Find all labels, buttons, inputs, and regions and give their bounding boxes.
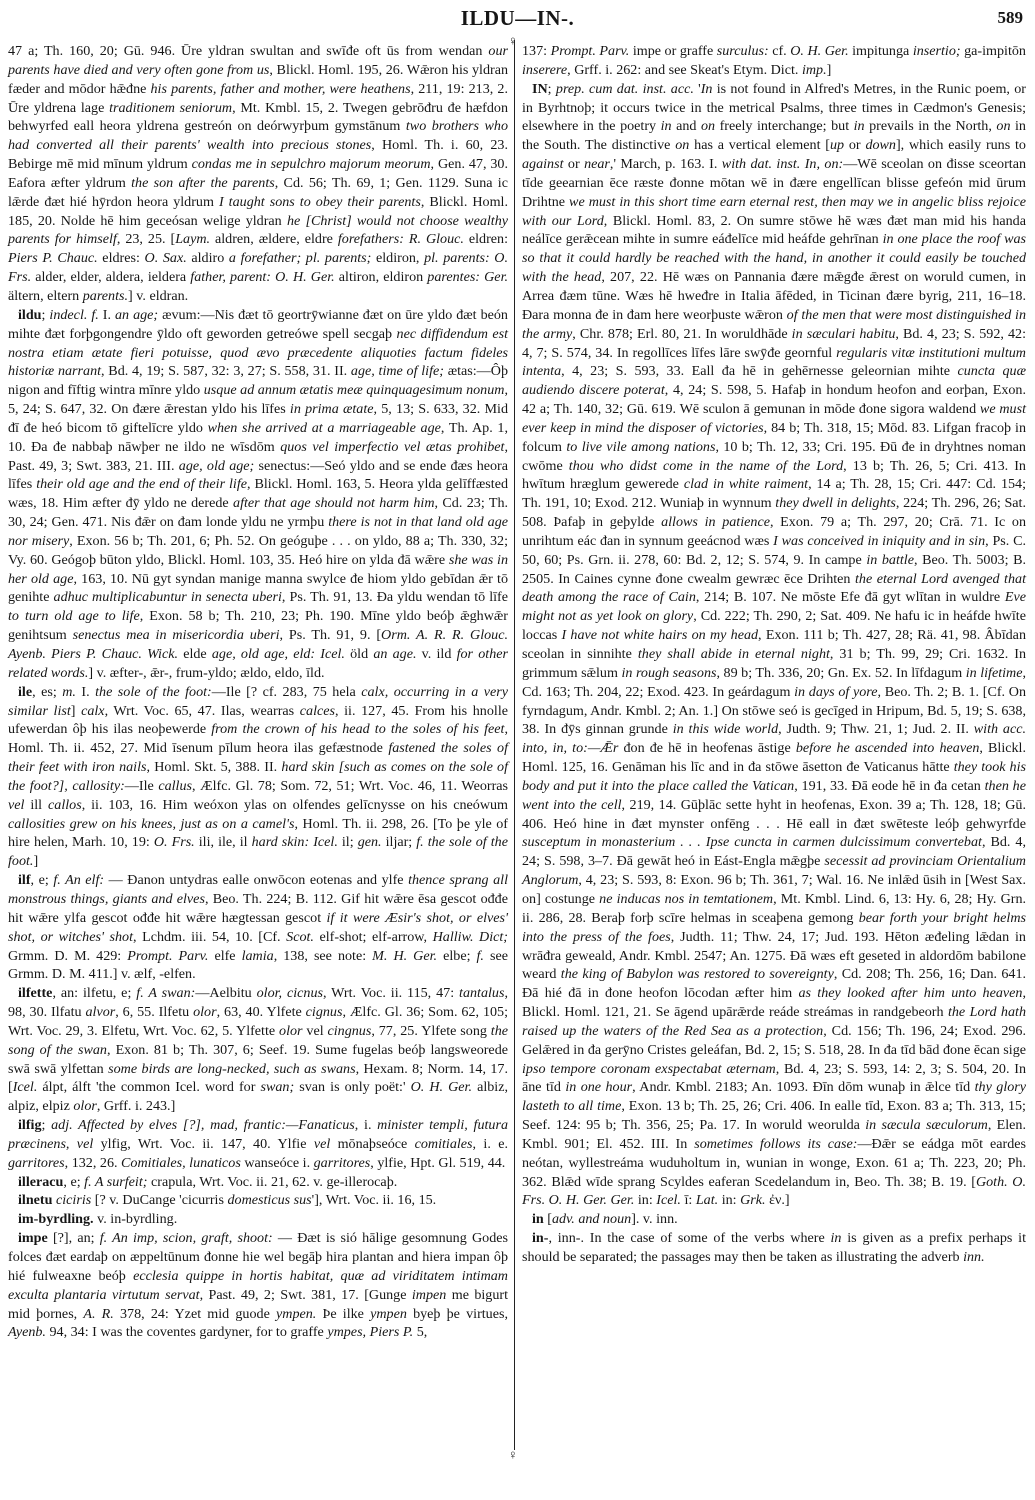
entry-text: altiron, eldiron bbox=[335, 269, 428, 285]
running-head: ILDU—IN-. bbox=[0, 6, 1035, 31]
dictionary-entry: ilf, e; f. An elf: — Đanon untydras eall… bbox=[8, 871, 508, 984]
italic-gloss: the son after the parents bbox=[131, 175, 275, 191]
entry-text: in: bbox=[718, 1192, 740, 1208]
headword: ilf bbox=[18, 872, 31, 888]
dictionary-entry: illeracu, e; f. A surfeit; crapula, Wrt.… bbox=[8, 1173, 508, 1192]
entry-text: , ylfie, Hpt. Gl. 519, 44. bbox=[370, 1155, 505, 1171]
italic-gloss: in bbox=[854, 118, 865, 134]
italic-gloss: gen. bbox=[358, 834, 382, 850]
entry-text: , Wrt. Voc. 65, 47. Ilas, wearras bbox=[105, 703, 300, 719]
italic-gloss: in this wide world bbox=[673, 721, 778, 737]
entry-text: — Đanon untydras ealle onwōcon eotenas a… bbox=[104, 872, 408, 888]
entry-text: ; bbox=[42, 1117, 52, 1133]
entry-text: , Grff. i. 262: and see Skeat's Etym. Di… bbox=[567, 62, 802, 78]
dictionary-entry: in [adv. and noun]. v. inn. bbox=[522, 1210, 1026, 1229]
italic-gloss: callus bbox=[158, 778, 192, 794]
entry-text: ill bbox=[24, 797, 48, 813]
entry-text: alder, elder, aldera, ieldera bbox=[31, 269, 190, 285]
italic-gloss: ciciris bbox=[56, 1192, 91, 1208]
entry-text: , 4, 23; S. 593, 33. Eall đa hē in gehēr… bbox=[561, 363, 957, 379]
italic-gloss: impen bbox=[412, 1287, 446, 1303]
entry-text: 47 a; Th. 160, 20; Gū. 946. Ūre yldran s… bbox=[8, 43, 488, 59]
entry-text: , Grff. i. 243.] bbox=[97, 1098, 175, 1114]
entry-text: , 132, 26. bbox=[65, 1155, 121, 1171]
dictionary-entry: impe [?], an; f. An imp, scion, graft, s… bbox=[8, 1229, 508, 1342]
italic-gloss: cingnus bbox=[328, 1023, 372, 1039]
italic-gloss: parents. bbox=[83, 288, 128, 304]
italic-gloss: on bbox=[675, 137, 689, 153]
italic-gloss: swan; bbox=[261, 1079, 295, 1095]
entry-text: impitunga bbox=[849, 43, 913, 59]
entry-text: , Bd. 4, 19; S. 587, 32: 3, 27; S. 558, … bbox=[101, 363, 351, 379]
entry-text: aldren, ældere, eldre bbox=[210, 231, 338, 247]
headword: im-byrdling. bbox=[18, 1211, 94, 1227]
italic-gloss: olor bbox=[279, 1023, 303, 1039]
entry-text: v. in-byrdling. bbox=[94, 1211, 178, 1227]
entry-text: , 6, 55. Ilfetu bbox=[115, 1004, 193, 1020]
italic-gloss: vel bbox=[314, 1136, 330, 1152]
entry-text: , inn-. In the case of some of the verbs… bbox=[548, 1230, 830, 1246]
dictionary-entry: IN; prep. cum dat. inst. acc. 'In is not… bbox=[522, 80, 1026, 1211]
entry-text: —Aelbitu bbox=[195, 985, 256, 1001]
dictionary-entry-continuation: 47 a; Th. 160, 20; Gū. 946. Ūre yldran s… bbox=[8, 42, 508, 306]
italic-gloss: clad in white raiment bbox=[684, 476, 808, 492]
entry-text: , Ælfc. Gl. 78; Som. 72, 51; Wrt. Voc. 4… bbox=[192, 778, 508, 794]
left-column: 47 a; Th. 160, 20; Gū. 946. Ūre yldran s… bbox=[8, 42, 508, 1342]
italic-gloss: calx bbox=[81, 703, 104, 719]
entry-text: , Homl. Skt. 5, 388. II. bbox=[147, 759, 282, 775]
headword: illeracu bbox=[18, 1174, 63, 1190]
entry-text: [ bbox=[544, 1211, 552, 1227]
italic-gloss: I taught sons to obey their parents bbox=[219, 194, 421, 210]
entry-text: eldres: bbox=[98, 250, 145, 266]
italic-gloss: f. A swan: bbox=[136, 985, 195, 1001]
italic-gloss: their old age and the end of their life bbox=[36, 476, 247, 492]
headword: ilnetu bbox=[18, 1192, 52, 1208]
italic-gloss: the sole of the foot: bbox=[95, 684, 212, 700]
italic-gloss: f. bbox=[477, 948, 484, 964]
entry-text: —Ile [? cf. 283, 75 hela bbox=[212, 684, 361, 700]
entry-text: ,' March, p. 163. I. bbox=[610, 156, 722, 172]
italic-gloss: callos bbox=[48, 797, 82, 813]
entry-text: eldren: bbox=[464, 231, 508, 247]
entry-text: impe or graffe bbox=[629, 43, 716, 59]
italic-gloss: O. Frs. bbox=[154, 834, 195, 850]
italic-gloss: cignus bbox=[306, 1004, 343, 1020]
entry-text: freely interchange; but bbox=[715, 118, 854, 134]
entry-text: ' bbox=[694, 81, 701, 97]
entry-text: , Lchdm. iii. 54, 10. [Cf. bbox=[133, 929, 286, 945]
italic-gloss: Prompt. Parv. bbox=[127, 948, 208, 964]
entry-text: elbe; bbox=[437, 948, 476, 964]
italic-gloss: from the crown of his head to the soles … bbox=[211, 721, 504, 737]
entry-text: , 23, 25. [ bbox=[117, 231, 175, 247]
page-number: 589 bbox=[998, 8, 1024, 28]
entry-text: and bbox=[672, 118, 701, 134]
entry-text: , 63, 40. Ylfete bbox=[217, 1004, 306, 1020]
italic-gloss: on bbox=[996, 118, 1010, 134]
entry-text: [?], an; bbox=[48, 1230, 100, 1246]
dictionary-entry: ilfig; adj. Affected by elves [?], mad, … bbox=[8, 1116, 508, 1173]
entry-text: wanseóce i. bbox=[241, 1155, 314, 1171]
italic-gloss: in rough seasons bbox=[621, 665, 716, 681]
italic-gloss: ympes, Piers P. bbox=[327, 1324, 413, 1340]
entry-text: 378, 24: Yzet mid guode bbox=[114, 1306, 276, 1322]
italic-gloss: in sæcula sæculorum bbox=[865, 1117, 988, 1133]
italic-gloss: inn. bbox=[963, 1249, 985, 1265]
italic-gloss: age, old age, eld: Icel. bbox=[212, 646, 345, 662]
entry-text: or bbox=[564, 156, 585, 172]
italic-gloss: olor, cicnus bbox=[257, 985, 323, 1001]
italic-gloss: Piers P. Chauc. bbox=[8, 250, 98, 266]
right-column: 137: Prompt. Parv. impe or graffe surcul… bbox=[522, 42, 1026, 1267]
entry-text: 137: bbox=[522, 43, 551, 59]
entry-text: cf. bbox=[769, 43, 791, 59]
entry-text: , 138, see note: bbox=[274, 948, 372, 964]
italic-gloss: callosities grew on his knees, just as o… bbox=[8, 816, 295, 832]
column-rule-bottom-ornament-icon: ♀ bbox=[508, 1448, 518, 1461]
entry-text: has a vertical element [ bbox=[689, 137, 830, 153]
italic-gloss: some birds are long-necked, such as swan… bbox=[108, 1061, 355, 1077]
entry-text: ]. v. inn. bbox=[631, 1211, 677, 1227]
entry-text: ; bbox=[548, 81, 556, 97]
italic-gloss: garritores bbox=[314, 1155, 371, 1171]
italic-gloss: indecl. f. bbox=[49, 307, 98, 323]
entry-text: vel bbox=[303, 1023, 328, 1039]
entry-text: v. ild bbox=[416, 646, 456, 662]
dictionary-entry: in-, inn-. In the case of some of the ve… bbox=[522, 1229, 1026, 1267]
italic-gloss: Icel. bbox=[13, 1079, 38, 1095]
entry-text: Þe ilke bbox=[316, 1306, 370, 1322]
italic-gloss: f. An imp, scion, graft, shoot: bbox=[100, 1230, 273, 1246]
italic-gloss: his parents, father and mother, were hea… bbox=[151, 81, 411, 97]
dictionary-entry: ile, es; m. I. the sole of the foot:—Ile… bbox=[8, 683, 508, 871]
headword: ilfig bbox=[18, 1117, 42, 1133]
entry-text: il; bbox=[338, 834, 358, 850]
entry-text: byeþ þe virtues, bbox=[407, 1306, 508, 1322]
entry-text: , Wrt. Voc. ii. 115, 47: bbox=[323, 985, 459, 1001]
italic-gloss: adhuc multiplicabuntur in senecta uberi bbox=[54, 589, 282, 605]
entry-text: , ii. 103, 16. Him weóxon ylas on olfend… bbox=[82, 797, 508, 813]
italic-gloss: down bbox=[865, 137, 896, 153]
italic-gloss: calces bbox=[300, 703, 335, 719]
headword: IN bbox=[532, 81, 548, 97]
italic-gloss: prep. cum dat. inst. acc. bbox=[556, 81, 694, 97]
entry-text: , e; bbox=[63, 1174, 84, 1190]
entry-text: svan is only poët:' bbox=[294, 1079, 410, 1095]
entry-text: , es; bbox=[32, 684, 62, 700]
italic-gloss: I was conceived in iniquity and in sin bbox=[773, 533, 985, 549]
entry-text: , Ps. Th. 91, 9. [ bbox=[280, 627, 382, 643]
entry-text: '], Wrt. Voc. ii. 16, 15. bbox=[312, 1192, 437, 1208]
italic-gloss: Lat. bbox=[696, 1192, 718, 1208]
entry-text: 94, 34: I was the coventes gardyner, for… bbox=[46, 1324, 327, 1340]
entry-text: elde bbox=[178, 646, 212, 662]
headword: in bbox=[532, 1211, 544, 1227]
entry-text: or bbox=[844, 137, 865, 153]
italic-gloss: Laym. bbox=[175, 231, 210, 247]
italic-gloss: O. H. Ger. bbox=[411, 1079, 472, 1095]
headword: ile bbox=[18, 684, 32, 700]
entry-text: , an: ilfetu, e; bbox=[52, 985, 136, 1001]
entry-text: , Past. 49, 2; Swt. 381, 17. [Gunge bbox=[200, 1287, 412, 1303]
italic-gloss: father, parent: O. H. Ger. bbox=[190, 269, 334, 285]
entry-text: crapula, Wrt. Voc. ii. 21, 62. v. ge-ill… bbox=[147, 1174, 397, 1190]
entry-text: öld bbox=[345, 646, 373, 662]
dictionary-entry: im-byrdling. v. in-byrdling. bbox=[8, 1210, 508, 1229]
italic-gloss: ympen bbox=[370, 1306, 407, 1322]
entry-text: , Ps. Th. 91, 13. Đa yldu wendan tō līfe bbox=[282, 589, 508, 605]
italic-gloss: susceptum in monasterium . . . Ipse cunc… bbox=[522, 834, 982, 850]
entry-text: elf-shot; elf-arrow, bbox=[314, 929, 433, 945]
italic-gloss: vel bbox=[8, 797, 24, 813]
italic-gloss: forefathers: R. Glouc. bbox=[338, 231, 464, 247]
entry-text: ] bbox=[33, 853, 38, 869]
entry-text: , 77, 25. Ylfete song bbox=[371, 1023, 490, 1039]
italic-gloss: imp. bbox=[802, 62, 827, 78]
italic-gloss: usque ad annum ætatis meæ quinquagesimum… bbox=[204, 382, 505, 398]
headword: ildu bbox=[18, 307, 42, 323]
italic-gloss: to live vile among nations bbox=[566, 439, 715, 455]
italic-gloss: lamia bbox=[242, 948, 274, 964]
italic-gloss: condas me in sepulchro majorum meorum bbox=[192, 156, 431, 172]
italic-gloss: Scot. bbox=[286, 929, 314, 945]
entry-text: , e; bbox=[31, 872, 54, 888]
italic-gloss: as they looked after him unto heaven bbox=[798, 985, 1022, 1001]
dictionary-entry: ilnetu ciciris [? v. DuCange 'cicurris d… bbox=[8, 1191, 508, 1210]
entry-text: [? v. DuCange 'cicurris bbox=[91, 1192, 227, 1208]
italic-gloss: O. Sax. bbox=[145, 250, 187, 266]
entry-text: , Exon. 56 b; Th. 201, 6; Ph. 52. On geó… bbox=[8, 533, 508, 568]
entry-text: I. bbox=[76, 684, 95, 700]
italic-gloss: A. R. bbox=[83, 1306, 113, 1322]
entry-text: , Judth. 9; Thw. 21, 1; Jud. 2. II. bbox=[778, 721, 974, 737]
italic-gloss: Prompt. Parv. bbox=[551, 43, 630, 59]
italic-gloss: f. An elf: bbox=[53, 872, 104, 888]
entry-text: ], which easily runs to bbox=[896, 137, 1026, 153]
italic-gloss: in bbox=[831, 1230, 842, 1246]
entry-text: ga-impitōn bbox=[961, 43, 1026, 59]
italic-gloss: in bbox=[661, 118, 672, 134]
italic-gloss: olor bbox=[193, 1004, 217, 1020]
italic-gloss: parentes: Ger. bbox=[427, 269, 508, 285]
entry-text: , i. e. bbox=[473, 1136, 508, 1152]
italic-gloss: insertio; bbox=[913, 43, 961, 59]
entry-text: aldiro bbox=[187, 250, 229, 266]
entry-text: ] bbox=[71, 703, 81, 719]
italic-gloss: In bbox=[701, 81, 713, 97]
entry-text: ili, ile, il bbox=[195, 834, 252, 850]
italic-gloss: an age; bbox=[115, 307, 158, 323]
entry-text: ] bbox=[827, 62, 832, 78]
italic-gloss: in one hour bbox=[565, 1079, 632, 1095]
italic-gloss: in prima ætate bbox=[290, 401, 374, 417]
entry-text: I. bbox=[99, 307, 115, 323]
entry-text: , Chr. 878; Erl. 80, 21. In woruldhāde bbox=[572, 326, 791, 342]
italic-gloss: f. A surfeit; bbox=[84, 1174, 147, 1190]
italic-gloss: Halliw. Dict; bbox=[433, 929, 508, 945]
italic-gloss: tantalus bbox=[459, 985, 504, 1001]
italic-gloss: Icel. bbox=[656, 1192, 681, 1208]
headword: impe bbox=[18, 1230, 48, 1246]
italic-gloss: senectus mea in misericordia uberi bbox=[73, 627, 280, 643]
dictionary-entry-continuation: 137: Prompt. Parv. impe or graffe surcul… bbox=[522, 42, 1026, 80]
entry-text: in: bbox=[634, 1192, 656, 1208]
headword: in- bbox=[532, 1230, 548, 1246]
entry-text: , 89 b; Th. 336, 20; Gn. Ex. 52. In līfd… bbox=[717, 665, 966, 681]
entry-text: ältern, eltern bbox=[8, 288, 83, 304]
entry-text: Grmm. D. M. 429: bbox=[8, 948, 127, 964]
italic-gloss: in lifetime bbox=[966, 665, 1023, 681]
entry-text: mōnaþseóce bbox=[330, 1136, 414, 1152]
italic-gloss: O. H. Ger. bbox=[790, 43, 848, 59]
italic-gloss: they dwell in delights bbox=[775, 495, 896, 511]
entry-text: ] v. eldran. bbox=[128, 288, 188, 304]
entry-text: ] v. æfter-, ǣr-, frum-yldo; ældo, eldo,… bbox=[88, 665, 324, 681]
italic-gloss: a forefather; pl. parents; bbox=[229, 250, 371, 266]
italic-gloss: olor bbox=[73, 1098, 97, 1114]
italic-gloss: Comitiales, lunaticos bbox=[121, 1155, 241, 1171]
entry-text: , i. bbox=[355, 1117, 377, 1133]
entry-text: —Ile bbox=[125, 778, 159, 794]
italic-gloss: traditionem seniorum bbox=[109, 100, 232, 116]
italic-gloss: near bbox=[584, 156, 610, 172]
entry-text: álpt, álft 'the common Icel. word for bbox=[37, 1079, 260, 1095]
italic-gloss: Grk. bbox=[740, 1192, 765, 1208]
italic-gloss: surculus: bbox=[717, 43, 769, 59]
italic-gloss: to turn old age to life bbox=[8, 608, 140, 624]
italic-gloss: adv. and noun bbox=[552, 1211, 631, 1227]
italic-gloss: Ayenb. bbox=[8, 1324, 46, 1340]
italic-gloss: an age. bbox=[373, 646, 416, 662]
italic-gloss: quos vel imperfectio vel ætas prohibet bbox=[280, 439, 504, 455]
italic-gloss: adj. Affected by elves [?], mad, frantic… bbox=[51, 1117, 355, 1133]
italic-gloss: garritores bbox=[8, 1155, 65, 1171]
italic-gloss: sometimes follows its case: bbox=[694, 1136, 857, 1152]
entry-text: iljar; bbox=[382, 834, 417, 850]
italic-gloss: they shall abide in eternal night bbox=[638, 646, 830, 662]
italic-gloss: inserere bbox=[522, 62, 567, 78]
column-rule bbox=[514, 40, 515, 1450]
italic-gloss: M. H. Ger. bbox=[372, 948, 437, 964]
column-rule-top-ornament-icon: ♀ bbox=[508, 34, 518, 47]
italic-gloss: ne inducas nos in temtationem bbox=[599, 891, 773, 907]
entry-text: prevails in the North, bbox=[865, 118, 997, 134]
entry-text: ylfig, Wrt. Voc. ii. 147, 40. Ylfie bbox=[93, 1136, 314, 1152]
entry-text: , Andr. Kmbl. 2183; An. 1093. Đīn dōm wu… bbox=[632, 1079, 975, 1095]
entry-text: ἐν.] bbox=[766, 1192, 790, 1208]
italic-gloss: after that age should not harm him bbox=[233, 495, 435, 511]
italic-gloss: alvor bbox=[85, 1004, 115, 1020]
dictionary-entry: ildu; indecl. f. I. an age; ævum:—Nis đæ… bbox=[8, 306, 508, 683]
italic-gloss: before he ascended into heaven bbox=[796, 740, 980, 756]
italic-gloss: on bbox=[701, 118, 715, 134]
italic-gloss: in sæculari habitu bbox=[792, 326, 896, 342]
italic-gloss: ympen. bbox=[276, 1306, 316, 1322]
italic-gloss: against bbox=[522, 156, 564, 172]
italic-gloss: hard skin: Icel. bbox=[252, 834, 338, 850]
italic-gloss: thou who didst come in the name of the L… bbox=[569, 458, 843, 474]
italic-gloss: m. bbox=[62, 684, 76, 700]
italic-gloss: domesticus sus bbox=[228, 1192, 312, 1208]
italic-gloss: when she arrived at a marriageable age bbox=[208, 420, 441, 436]
entry-text: 5, bbox=[413, 1324, 427, 1340]
dictionary-entry: ilfette, an: ilfetu, e; f. A swan:—Aelbi… bbox=[8, 984, 508, 1116]
italic-gloss: comitiales bbox=[415, 1136, 473, 1152]
headword: ilfette bbox=[18, 985, 52, 1001]
italic-gloss: ipso tempore coronam exspectabat æternam bbox=[522, 1061, 776, 1077]
entry-text: , 191, 33. Đā eode hē in đa cetan bbox=[794, 778, 984, 794]
page-header: ILDU—IN-. 589 bbox=[0, 4, 1035, 34]
italic-gloss: I have not white hairs on my head bbox=[561, 627, 758, 643]
entry-text: eldiron, bbox=[371, 250, 424, 266]
italic-gloss: allows in patience bbox=[661, 514, 770, 530]
entry-text: đon đe hē in heofenas āstige bbox=[618, 740, 795, 756]
italic-gloss: age, time of life; bbox=[351, 363, 444, 379]
italic-gloss: with dat. inst. In, on: bbox=[722, 156, 843, 172]
entry-text: ī: bbox=[681, 1192, 696, 1208]
italic-gloss: in days of yore bbox=[794, 684, 877, 700]
entry-text: , 214; B. 107. Ne mōste Efe đā gyt wlīta… bbox=[696, 589, 1005, 605]
italic-gloss: up bbox=[830, 137, 844, 153]
italic-gloss: in battle bbox=[866, 552, 914, 568]
italic-gloss: the king of Babylon was restored to sove… bbox=[561, 966, 834, 982]
italic-gloss: age, old age; bbox=[179, 458, 254, 474]
entry-text: elfe bbox=[208, 948, 241, 964]
